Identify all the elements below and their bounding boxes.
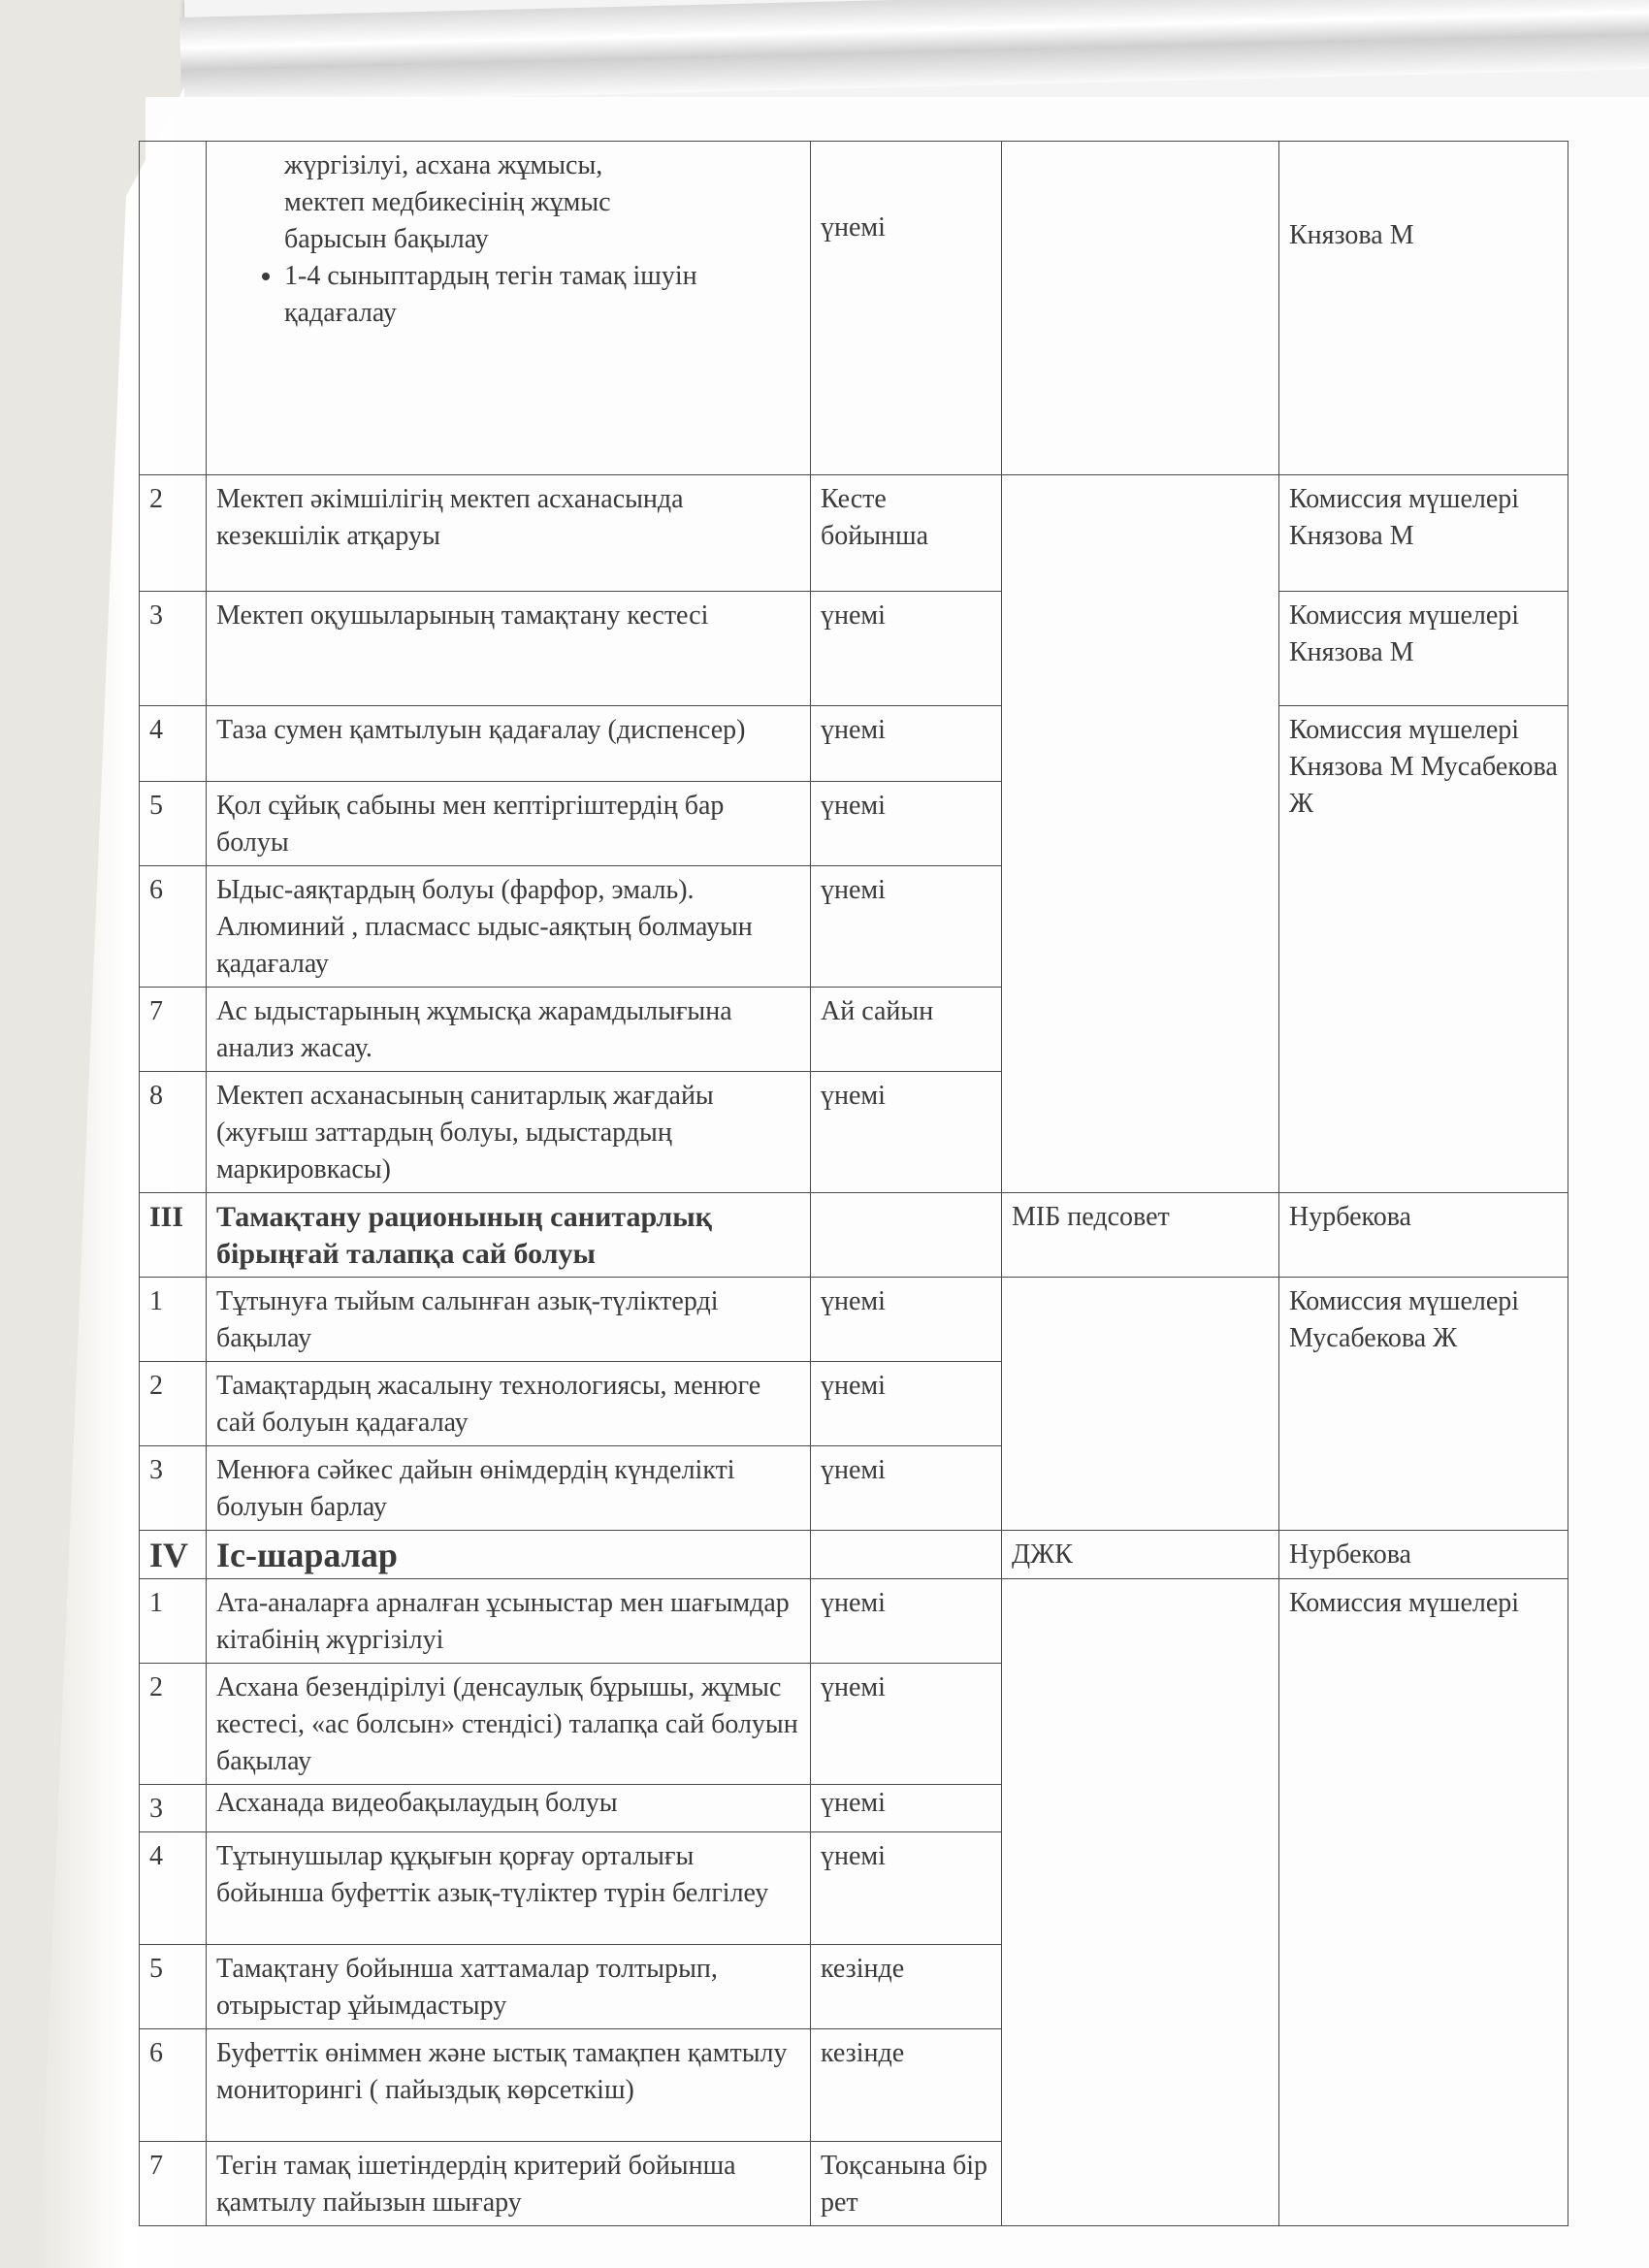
period-cell: үнемі: [811, 1832, 1002, 1945]
task-cell: Ата-аналарға арналған ұсыныстар мен шағы…: [207, 1579, 811, 1664]
task-cell: Тұтынушылар құқығын қорғау орталығы бойы…: [207, 1832, 811, 1945]
period-cell: үнемі: [811, 866, 1002, 988]
period-cell: үнемі: [811, 1579, 1002, 1664]
period-cell: үнемі: [811, 1664, 1002, 1785]
table-row: 4 Таза сумен қамтылуын қадағалау (диспен…: [140, 706, 1568, 782]
row-number: 5: [140, 782, 207, 866]
section-title: Іс-шаралар: [207, 1531, 811, 1579]
task-cell: Тамақтану бойынша хаттамалар толтырып, о…: [207, 1945, 811, 2029]
task-cell: Тұтынуға тыйым салынған азық-түліктерді …: [207, 1278, 811, 1362]
period-cell: үнемі: [811, 1278, 1002, 1362]
period-cell: Ай сайын: [811, 988, 1002, 1072]
period-cell: Тоқсанына бір рет: [811, 2142, 1002, 2226]
task-cell: Қол сұйық сабыны мен кептіргіштердің бар…: [207, 782, 811, 866]
task-text-line: мектеп медбикесінің жұмыс: [216, 184, 800, 221]
section-number: IV: [140, 1531, 207, 1579]
period-cell: үнемі: [811, 782, 1002, 866]
location-cell: ДЖК: [1002, 1531, 1279, 1579]
location-cell: [1002, 1278, 1279, 1531]
row-number: 6: [140, 2029, 207, 2142]
row-number: 3: [140, 1785, 207, 1832]
row-number: 2: [140, 1362, 207, 1446]
responsible-cell: Князова М: [1279, 142, 1568, 475]
row-number: 7: [140, 988, 207, 1072]
task-cell: Тамақтардың жасалыну технологиясы, менюг…: [207, 1362, 811, 1446]
period-cell: [811, 1531, 1002, 1579]
task-cell: Мектеп оқушыларының тамақтану кестесі: [207, 592, 811, 706]
responsible-cell: Комиссия мүшелері Князова М: [1279, 475, 1568, 592]
task-text-line: барысын бақылау: [216, 221, 800, 258]
table-row: 1 Ата-аналарға арналған ұсыныстар мен ша…: [140, 1579, 1568, 1664]
canteen-control-plan-table: жүргізілуі, асхана жұмысы, мектеп медбик…: [139, 141, 1568, 2226]
task-cell: Буфеттік өніммен және ыстық тамақпен қам…: [207, 2029, 811, 2142]
row-number: 1: [140, 1579, 207, 1664]
period-cell: үнемі: [811, 706, 1002, 782]
row-number: 7: [140, 2142, 207, 2226]
row-number: 8: [140, 1072, 207, 1193]
table-row: 1 Тұтынуға тыйым салынған азық-түліктерд…: [140, 1278, 1568, 1362]
responsible-cell: Нурбекова: [1279, 1193, 1568, 1278]
table-row: 3 Мектеп оқушыларының тамақтану кестесі …: [140, 592, 1568, 706]
period-cell: кезінде: [811, 1945, 1002, 2029]
row-number: 3: [140, 1446, 207, 1531]
task-cell: Мектеп асханасының санитарлық жағдайы (ж…: [207, 1072, 811, 1193]
row-number: 3: [140, 592, 207, 706]
row-number: 2: [140, 1664, 207, 1785]
location-cell: [1002, 475, 1279, 1193]
section-header-row: III Тамақтану рационының санитарлық біры…: [140, 1193, 1568, 1278]
table-row: 2 Мектеп әкімшілігің мектеп асханасында …: [140, 475, 1568, 592]
task-cell: Тегін тамақ ішетіндердің критерий бойынш…: [207, 2142, 811, 2226]
period-cell: үнемі: [811, 592, 1002, 706]
responsible-cell: Комиссия мүшелері Мусабекова Ж: [1279, 1278, 1568, 1531]
task-cell: Таза сумен қамтылуын қадағалау (диспенсе…: [207, 706, 811, 782]
task-cell: жүргізілуі, асхана жұмысы, мектеп медбик…: [207, 142, 811, 475]
table-row: жүргізілуі, асхана жұмысы, мектеп медбик…: [140, 142, 1568, 475]
section-header-row: IV Іс-шаралар ДЖК Нурбекова: [140, 1531, 1568, 1579]
section-title: Тамақтану рационының санитарлық бірыңғай…: [207, 1193, 811, 1278]
responsible-cell: Комиссия мүшелері Князова М Мусабекова Ж: [1279, 706, 1568, 1193]
task-cell: Асханада видеобақылаудың болуы: [207, 1785, 811, 1832]
responsible-cell: Комиссия мүшелері Князова М: [1279, 592, 1568, 706]
task-cell: Менюға сәйкес дайын өнімдердің күнделікт…: [207, 1446, 811, 1531]
task-text-line: жүргізілуі, асхана жұмысы,: [216, 147, 800, 184]
period-cell: үнемі: [811, 1785, 1002, 1832]
location-cell: МІБ педсовет: [1002, 1193, 1279, 1278]
period-cell: кезінде: [811, 2029, 1002, 2142]
location-cell: [1002, 142, 1279, 475]
row-number: 4: [140, 706, 207, 782]
row-number: 1: [140, 1278, 207, 1362]
period-cell: [811, 1193, 1002, 1278]
task-cell: Асхана безендірілуі (денсаулық бұрышы, ж…: [207, 1664, 811, 1785]
row-number: 4: [140, 1832, 207, 1945]
task-bullet: 1-4 сыныптардың тегін тамақ ішуін қадаға…: [284, 258, 800, 332]
responsible-cell: Комиссия мүшелері: [1279, 1579, 1568, 2226]
location-cell: [1002, 1579, 1279, 2226]
period-cell: үнемі: [811, 142, 1002, 475]
section-number: III: [140, 1193, 207, 1278]
period-cell: үнемі: [811, 1446, 1002, 1531]
period-cell: Кесте бойынша: [811, 475, 1002, 592]
row-number: 5: [140, 1945, 207, 2029]
row-number: [140, 142, 207, 475]
task-cell: Ыдыс-аяқтардың болуы (фарфор, эмаль). Ал…: [207, 866, 811, 988]
row-number: 2: [140, 475, 207, 592]
responsible-cell: Нурбекова: [1279, 1531, 1568, 1579]
period-cell: үнемі: [811, 1362, 1002, 1446]
task-cell: Мектеп әкімшілігің мектеп асханасында ке…: [207, 475, 811, 592]
row-number: 6: [140, 866, 207, 988]
period-cell: үнемі: [811, 1072, 1002, 1193]
task-cell: Ас ыдыстарының жұмысқа жарамдылығына ана…: [207, 988, 811, 1072]
